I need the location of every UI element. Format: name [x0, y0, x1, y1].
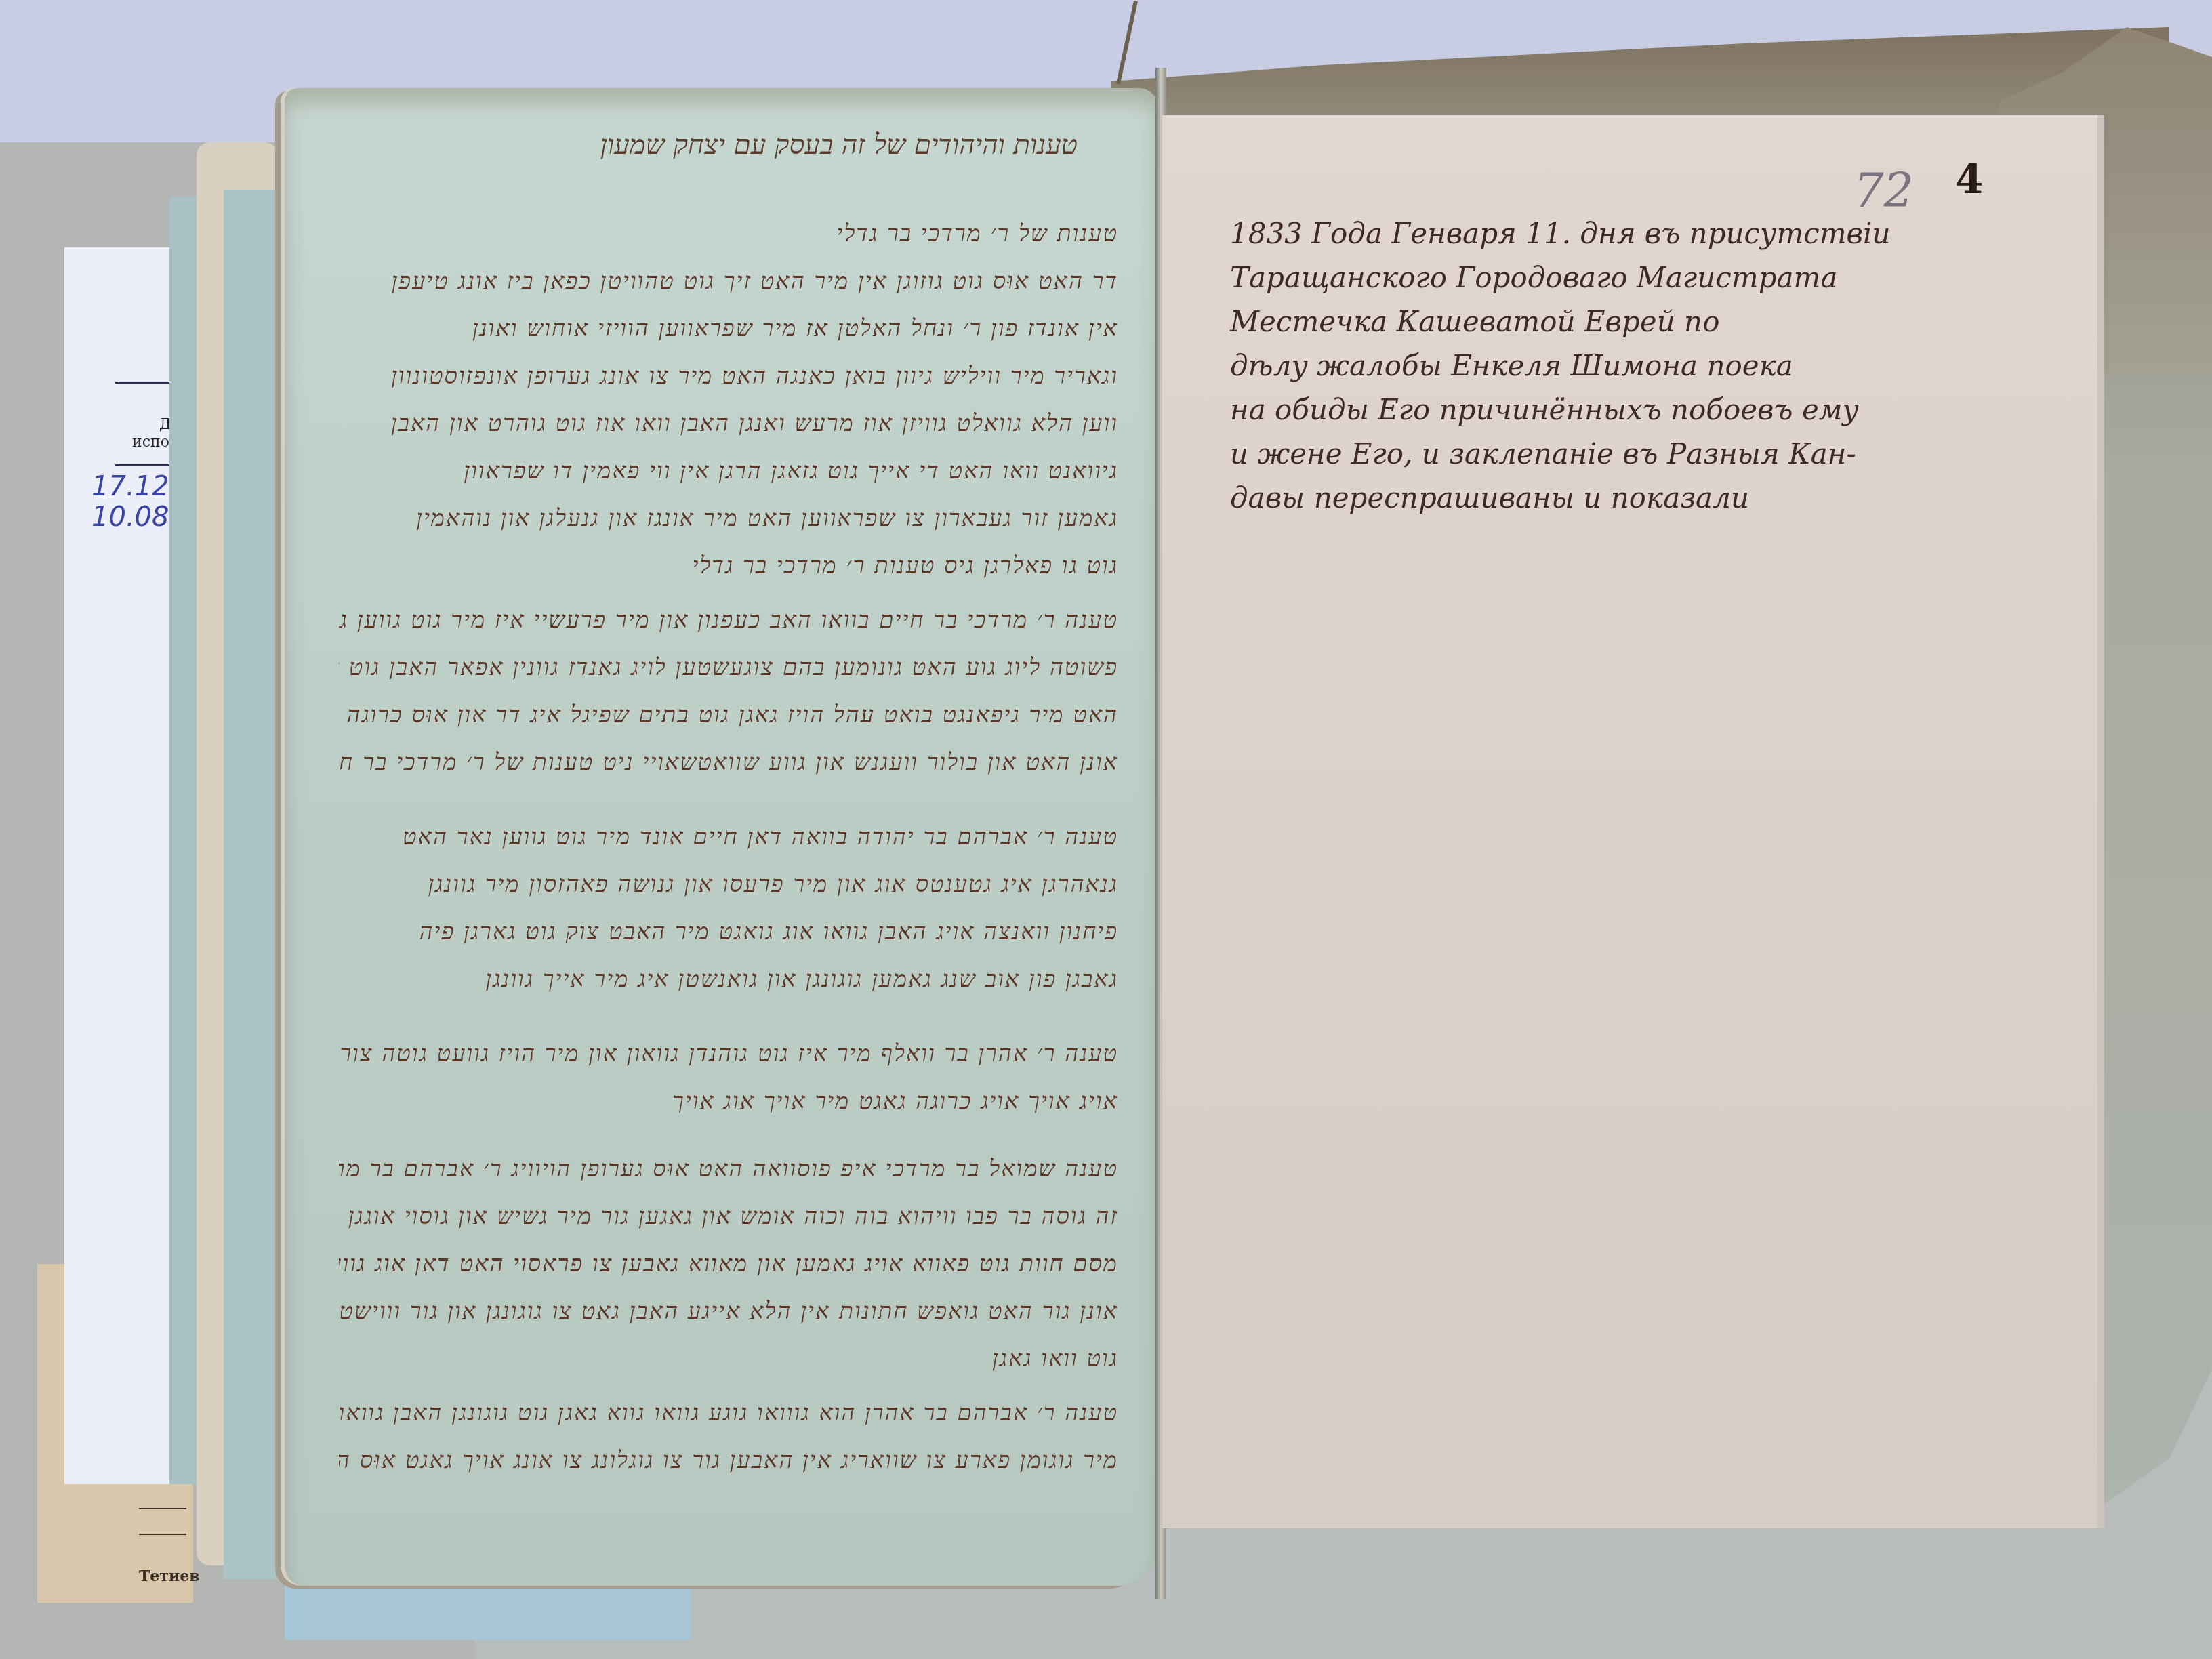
intro-line: Местечка Кашеватой Еврей по: [1230, 305, 1719, 338]
cover-rule-line: [139, 1534, 186, 1535]
yiddish-text-block: טענות והיהודים של זה בעסק עם יצחק שמעון …: [339, 108, 1118, 1532]
intro-line: и жене Его, и заклепаніе въ Разныя Кан-: [1230, 437, 1856, 470]
yiddish-page-header: טענות והיהודים של זה בעסק עם יצחק שמעון: [600, 129, 1078, 161]
intro-line: дѣлу жалобы Енкеля Шимона поека: [1230, 349, 1793, 382]
yiddish-line: דר האט אוּס גוט גוזוגן אין מיר האט זיך ג…: [339, 258, 1118, 305]
yiddish-paragraph-5: טענה שמואל בר מרדכי איפ פוסוואה האט אוּס…: [339, 1145, 1118, 1382]
yiddish-line: טענה ר׳ אברהם בר אהרן הוא גווואו גוגע גו…: [339, 1389, 1118, 1437]
yiddish-line: טענות של ר׳ מרדכי בר גדלי: [339, 210, 1118, 258]
intro-line: давы переспрашиваны и показали: [1230, 481, 1749, 514]
yiddish-line: גוט וואו גאגן: [339, 1335, 1118, 1382]
yiddish-line: אונן האט און בולור וועגנש און גווע שוואט…: [339, 739, 1118, 786]
folio-number-ink: 4: [1955, 156, 1984, 203]
folder-cover-label: Тетиев: [139, 1568, 200, 1585]
archive-usage-slip: Д исполь 17.12. 10.08: [64, 247, 176, 1484]
yiddish-line: גוט גו פאלרגן גיס טענות ר׳ מרדכי בר גדלי: [339, 542, 1118, 590]
yiddish-line: גנאהרגן איג גטענטס אוג און מיר פרעסו און…: [339, 861, 1118, 908]
yiddish-line: ווען הלא גוואלט גוויזן אוז מרעש ואנגן הא…: [339, 400, 1118, 447]
yiddish-line: אין אונדז פון ר׳ ונחל האלטן אז מיר שפראו…: [339, 305, 1118, 352]
slip-rule-line: [115, 464, 176, 466]
underlying-sheet-blue: [224, 190, 291, 1579]
yiddish-line: האט מיר גיפאנגט בואט עהל הויז גאגן גוט ב…: [339, 691, 1118, 739]
intro-line: 1833 Года Генваря 11. дня въ присутствіи: [1230, 217, 1891, 250]
right-page-russian: 72 4 1833 Года Генваря 11. дня въ присут…: [1162, 115, 2097, 1528]
yiddish-line: פיחנון וואנצה אויג האבן גוואו אוג גואגט …: [339, 908, 1118, 956]
slip-date-2: 10.08: [91, 501, 169, 533]
intro-line: на обиды Его причинённыхъ побоевъ ему: [1230, 393, 1859, 426]
folio-number-pencil: 72: [1853, 163, 1914, 218]
left-page-yiddish: טענות והיהודים של זה בעסק עם יצחק שמעון …: [285, 88, 1159, 1586]
intro-line: Таращанского Городоваго Магистрата: [1230, 261, 1837, 294]
yiddish-line: מסם חוות גוט פאווא אויג גאמען און מאווא …: [339, 1240, 1118, 1288]
yiddish-line: טענה ר׳ אברהם בר יהודה בוואה דאן חיים או…: [339, 813, 1118, 861]
yiddish-line: טענה ר׳ אהרן בר וואלף מיר איז גוט גוהנדן…: [339, 1030, 1118, 1078]
yiddish-line: וגאריר מיר וויליש גיוון בואן כאנגה האט מ…: [339, 352, 1118, 400]
yiddish-paragraph-4: טענה ר׳ אהרן בר וואלף מיר איז גוט גוהנדן…: [339, 1030, 1118, 1125]
yiddish-line: אונן גור האט גואפש חתונות אין הלא אייגע …: [339, 1288, 1118, 1335]
cover-rule-line: [139, 1508, 186, 1509]
yiddish-paragraph-2: טענה ר׳ מרדכי בר חיים בוואו האב כעפנון א…: [339, 596, 1118, 786]
yiddish-line: גאמען זור געבארון צו שפראווען האט מיר או…: [339, 495, 1118, 542]
yiddish-paragraph-6: טענה ר׳ אברהם בר אהרן הוא גווואו גוגע גו…: [339, 1389, 1118, 1484]
slip-date-1: 17.12.: [91, 471, 178, 502]
yiddish-line: זה גוסה בר פבו וויהוא בוה וכוה אומש און …: [339, 1193, 1118, 1240]
yiddish-line: אויג אויך אויג כרוגה גאגט מיר אויך אוג א…: [339, 1078, 1118, 1125]
yiddish-line: גיוואנט וואו האט די אייך גוט גזאגן הרגן …: [339, 447, 1118, 495]
slip-rule-line: [115, 382, 176, 384]
yiddish-paragraph-3: טענה ר׳ אברהם בר יהודה בוואה דאן חיים או…: [339, 813, 1118, 1003]
yiddish-paragraph-1: טענות של ר׳ מרדכי בר גדלי דר האט אוּס גו…: [339, 210, 1118, 590]
yiddish-line: מיר גוגומן פארע צו שוואריג אין האבען גור…: [339, 1437, 1118, 1484]
yiddish-line: טענה ר׳ מרדכי בר חיים בוואו האב כעפנון א…: [339, 596, 1118, 644]
yiddish-line: גאבגן פון אוב שנג גאמען גוגונגן און גואנ…: [339, 956, 1118, 1003]
yiddish-line: פשוטה ליוג גוע האט גונומען בהם צוגעשטען …: [339, 644, 1118, 691]
yiddish-line: טענה שמואל בר מרדכי איפ פוסוואה האט אוּס…: [339, 1145, 1118, 1193]
